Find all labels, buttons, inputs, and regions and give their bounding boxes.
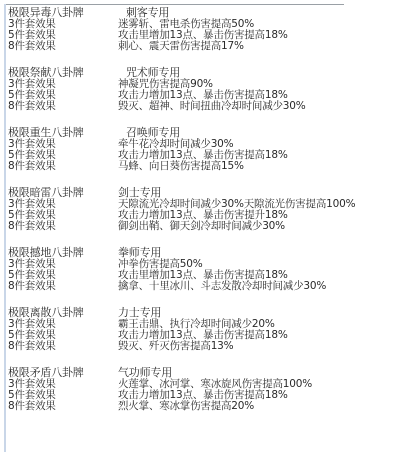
top-divider (4, 4, 344, 5)
left-margin-bar (4, 4, 6, 452)
effect-tier: 8件套效果 (8, 221, 118, 232)
effect-tier: 8件套效果 (8, 281, 118, 292)
effect-text: 刺心、震天雷伤害提高17% (118, 41, 398, 52)
effect-row: 8件套效果 毁灭、超神、时间扭曲冷却时间减少30% (8, 101, 398, 112)
effect-text: 御剑出鞘、御天剑冷却时间减少30% (118, 221, 398, 232)
effect-text: 马蜂、向日葵伤害提高15% (118, 161, 398, 172)
effect-tier: 8件套效果 (8, 161, 118, 172)
effect-text: 擒拿、十里冰川、斗志发散冷却时间减少30% (118, 281, 398, 292)
effect-row: 8件套效果 马蜂、向日葵伤害提高15% (8, 161, 398, 172)
set-block: 极限离散八卦牌 力士专用 3件套效果 霸王击鼎、执行冷却时间减少20% 5件套效… (8, 306, 398, 352)
effect-tier: 8件套效果 (8, 41, 118, 52)
effect-row: 8件套效果 刺心、震天雷伤害提高17% (8, 41, 398, 52)
effect-tier: 8件套效果 (8, 401, 118, 412)
set-title-row: 极限撼地八卦牌 拳师专用 (8, 246, 398, 259)
set-block: 极限异毒八卦牌 刺客专用 3件套效果 迷雾斩、雷电杀伤害提高50% 5件套效果 … (8, 6, 398, 52)
set-block: 极限重生八卦牌 召唤师专用 3件套效果 牵牛花冷却时间减少30% 5件套效果 攻… (8, 126, 398, 172)
effect-text: 毁灭、超神、时间扭曲冷却时间减少30% (118, 101, 398, 112)
effect-row: 8件套效果 御剑出鞘、御天剑冷却时间减少30% (8, 221, 398, 232)
effect-row: 8件套效果 烈火掌、寒冰掌伤害提高20% (8, 401, 398, 412)
effect-row: 8件套效果 擒拿、十里冰川、斗志发散冷却时间减少30% (8, 281, 398, 292)
set-block: 极限暗雷八卦牌 剑士专用 3件套效果 天隙流光冷却时间减少30%天隙流光伤害提高… (8, 186, 398, 232)
effect-tier: 8件套效果 (8, 341, 118, 352)
set-effects-document: 极限异毒八卦牌 刺客专用 3件套效果 迷雾斩、雷电杀伤害提高50% 5件套效果 … (8, 6, 398, 426)
effect-tier: 8件套效果 (8, 101, 118, 112)
set-block: 极限祭献八卦牌 咒术师专用 3件套效果 神凝咒伤害提高90% 5件套效果 攻击力… (8, 66, 398, 112)
set-block: 极限撼地八卦牌 拳师专用 3件套效果 冲拳伤害提高50% 5件套效果 攻击里增加… (8, 246, 398, 292)
effect-row: 8件套效果 毁灭、歼灭伤害提高13% (8, 341, 398, 352)
effect-text: 烈火掌、寒冰掌伤害提高20% (118, 401, 398, 412)
set-block: 极限矛盾八卦牌 气功师专用 3件套效果 火莲掌、冰河掌、寒冰旋风伤害提高100%… (8, 366, 398, 412)
effect-text: 毁灭、歼灭伤害提高13% (118, 341, 398, 352)
